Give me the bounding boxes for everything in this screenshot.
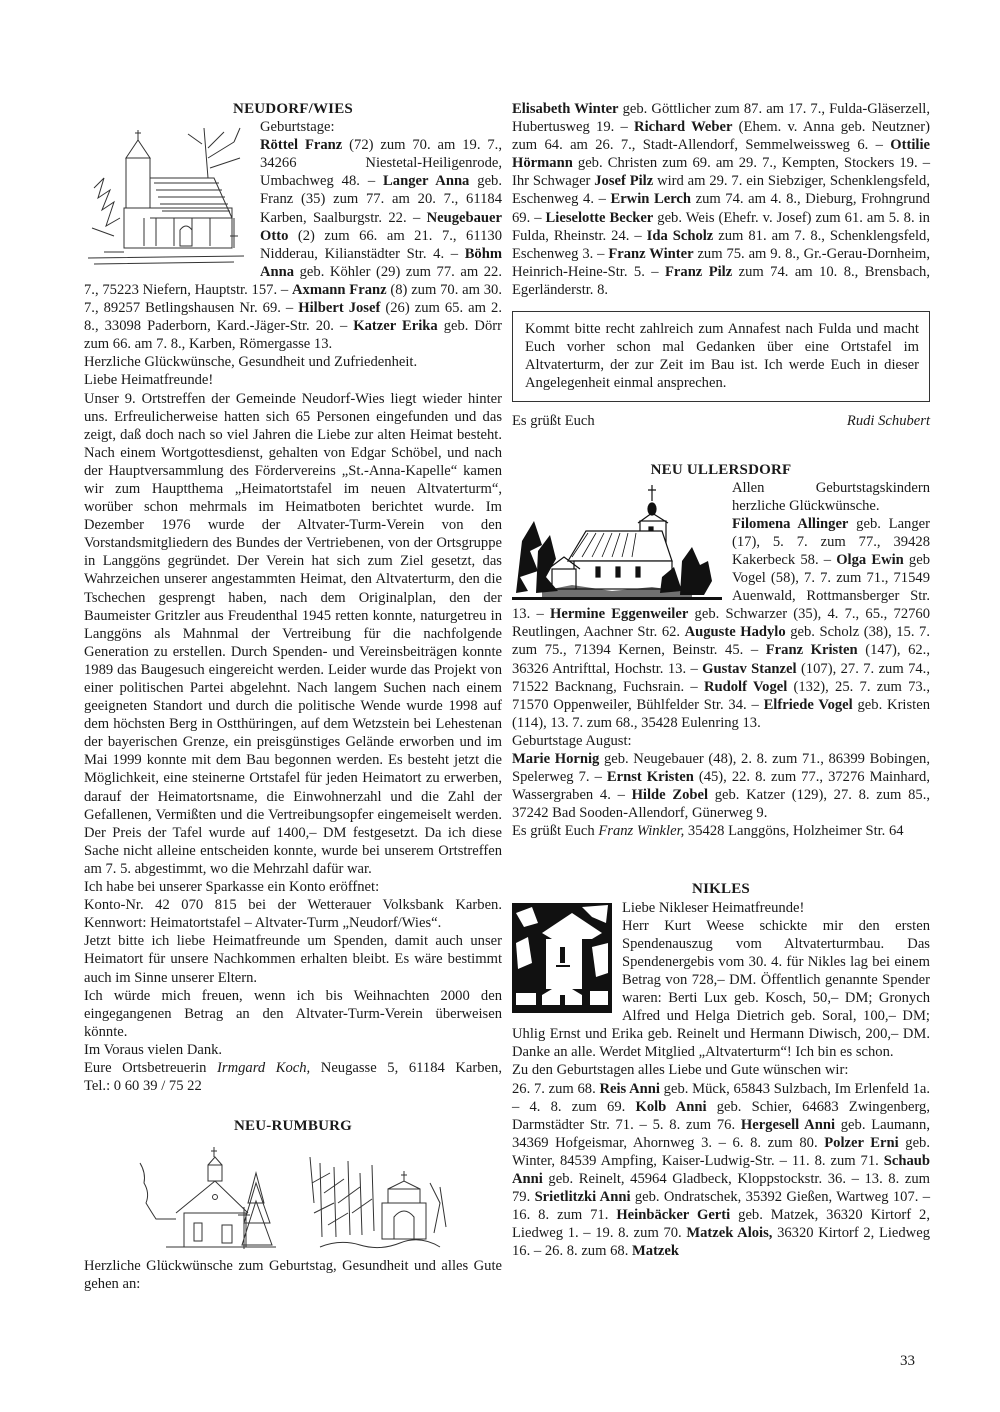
section-title: NIKLES xyxy=(512,880,930,898)
birthday-date: 26. 8. zum 68. xyxy=(545,1243,632,1259)
birthday-name: Josef Pilz xyxy=(594,173,653,189)
church-sketch-icon xyxy=(84,118,250,278)
birthday-name: Gustav Stanzel xyxy=(702,661,796,677)
birthday-name: Katzer Erika xyxy=(353,318,437,334)
birthday-name: Elisabeth Winter xyxy=(512,101,619,117)
birthday-date: 26. 7. zum 68. xyxy=(512,1081,599,1097)
neudorf-body-text: Unser 9. Ortstreffen der Gemeinde Neudor… xyxy=(84,390,502,879)
birthday-date: 19. 8. zum 70. xyxy=(595,1225,686,1241)
birthday-name: Franz Kristen xyxy=(766,642,858,658)
birthday-name: Heinbäcker Gerti xyxy=(616,1207,730,1223)
birthday-name: Röttel Franz xyxy=(260,137,342,153)
section-neudorf-wies: NEUDORF/WIES Geburts xyxy=(84,100,502,1095)
birthday-name: Srietlitzki Anni xyxy=(535,1189,631,1205)
birthday-name: Filomena Allinger xyxy=(732,516,848,532)
signoff-name: Franz Winkler, xyxy=(598,823,684,839)
birthday-details: geb. Ondratschek, 35392 Gießen, Wartweg … xyxy=(631,1189,930,1205)
august-birthday-list: Marie Hornig geb. Neugebauer (48), 2. 8.… xyxy=(512,750,930,822)
birthday-name: Kolb Anni xyxy=(635,1099,706,1115)
annafest-notice-box: Kommt bitte recht zahlreich zum Annafest… xyxy=(512,311,930,402)
phone-line: Tel.: 0 60 39 / 75 22 xyxy=(84,1077,502,1095)
birthday-name: Franz Winter xyxy=(608,246,693,262)
section-neu-ullersdorf: NEU ULLERSDORF xyxy=(512,461,930,841)
birthday-name: Reis Anni xyxy=(599,1081,660,1097)
section-title: NEU-RUMBURG xyxy=(84,1117,502,1135)
church-photo-illustration xyxy=(512,903,612,1013)
birthday-name: Matzek xyxy=(632,1243,679,1259)
section-title: NEUDORF/WIES xyxy=(84,100,502,118)
transfer-hope: Ich würde mich freuen, wenn ich bis Weih… xyxy=(84,987,502,1041)
thanks-line: Im Voraus vielen Dank. xyxy=(84,1041,502,1059)
signoff-name: Irmgard Koch, xyxy=(217,1060,310,1076)
account-number-line: Konto-Nr. 42 070 815 bei der Wetterauer … xyxy=(84,896,502,914)
birthday-name: Franz Pilz xyxy=(665,264,732,280)
chapel-sketch-icon xyxy=(300,1143,450,1253)
birthday-name: Rudolf Vogel xyxy=(704,679,787,695)
birthday-name: Hermine Eggenweiler xyxy=(550,606,688,622)
left-column: NEUDORF/WIES Geburts xyxy=(84,100,502,1293)
birthday-date: 4. 8. zum 69. xyxy=(529,1099,635,1115)
signoff-address: Neugasse 5, 61184 Karben, xyxy=(310,1060,502,1076)
notice-text: Kommt bitte recht zahlreich zum Annafest… xyxy=(525,321,919,391)
birthday-name: Lieselotte Becker xyxy=(546,210,654,226)
neu-rumburg-illustrations xyxy=(84,1143,502,1253)
neudorf-greeting: Liebe Heimatfreunde! xyxy=(84,371,502,389)
birthday-name: Polzer Erni xyxy=(824,1135,898,1151)
church-sketch-illustration xyxy=(84,118,250,278)
birthday-date: 11. 8. zum 71. xyxy=(792,1153,884,1169)
birthday-name: Erwin Lerch xyxy=(610,191,691,207)
birthday-name: Auguste Hadylo xyxy=(685,624,786,640)
continued-birthday-list: Elisabeth Winter geb. Göttlicher zum 87.… xyxy=(512,100,930,299)
church-photo-icon xyxy=(512,903,612,1013)
section-neu-rumburg: NEU-RUMBURG xyxy=(84,1117,502,1293)
birthday-details: geb. Reinelt, 45964 Gladbeck, Kloppstock… xyxy=(543,1171,865,1187)
church-woodcut-icon xyxy=(512,481,722,605)
august-label: Geburtstage August: xyxy=(512,732,930,750)
signoff-prefix: Es grüßt Euch xyxy=(512,823,598,839)
birthday-name: Matzek Alois, xyxy=(686,1225,772,1241)
right-column: Elisabeth Winter geb. Göttlicher zum 87.… xyxy=(512,100,930,1260)
section-title: NEU ULLERSDORF xyxy=(512,461,930,479)
church-woodcut-illustration xyxy=(512,481,722,605)
section-continued-birthdays: Elisabeth Winter geb. Göttlicher zum 87.… xyxy=(512,100,930,431)
neudorf-wishes: Herzliche Glückwünsche, Gesundheit und Z… xyxy=(84,353,502,371)
church-sketch-icon xyxy=(136,1143,286,1253)
birthday-name: Marie Hornig xyxy=(512,751,599,767)
birthday-name: Hilbert Josef xyxy=(298,300,380,316)
signoff-greeting: Es grüßt Euch xyxy=(512,412,595,430)
birthday-name: Axmann Franz xyxy=(292,282,387,298)
birthday-name: Ernst Kristen xyxy=(607,769,694,785)
keyword-line: Kennwort: Heimatortstafel – Altvater-Tur… xyxy=(84,914,502,932)
birthday-date: 16. 8. zum 71. xyxy=(512,1207,616,1223)
birthday-name: Ida Scholz xyxy=(647,228,714,244)
section-nikles: NIKLES xyxy=(512,880,930,1260)
page-number: 33 xyxy=(900,1352,915,1370)
birthday-name: Elfriede Vogel xyxy=(764,697,853,713)
birthday-name: Hilde Zobel xyxy=(632,787,708,803)
signoff-name: Rudi Schubert xyxy=(847,412,930,430)
account-intro: Ich habe bei unserer Sparkasse ein Konto… xyxy=(84,878,502,896)
nikles-birthday-list: 26. 7. zum 68. Reis Anni geb. Mück, 6584… xyxy=(512,1080,930,1261)
signoff-prefix: Eure Ortsbetreuerin xyxy=(84,1060,217,1076)
birthday-name: Richard Weber xyxy=(634,119,732,135)
birthday-date: 5. 8. zum 76. xyxy=(653,1117,741,1133)
birthday-date: 6. 8. zum 80. xyxy=(733,1135,825,1151)
neu-rumburg-text: Herzliche Glückwünsche zum Geburtstag, G… xyxy=(84,1257,502,1293)
donation-appeal: Jetzt bitte ich liebe Heimatfreunde um S… xyxy=(84,932,502,986)
schubert-signoff: Es grüßt Euch Rudi Schubert xyxy=(512,412,930,430)
nikles-wishes-intro: Zu den Geburtstagen alles Liebe und Gute… xyxy=(512,1061,930,1079)
birthday-name: Hergesell Anni xyxy=(741,1117,835,1133)
ullersdorf-signoff: Es grüßt Euch Franz Winkler, 35428 Langg… xyxy=(512,822,930,840)
signoff-address: 35428 Langgöns, Holzheimer Str. 64 xyxy=(684,823,903,839)
birthday-name: Langer Anna xyxy=(383,173,469,189)
birthday-name: Olga Ewin xyxy=(836,552,904,568)
neudorf-signoff: Eure Ortsbetreuerin Irmgard Koch, Neugas… xyxy=(84,1059,502,1077)
